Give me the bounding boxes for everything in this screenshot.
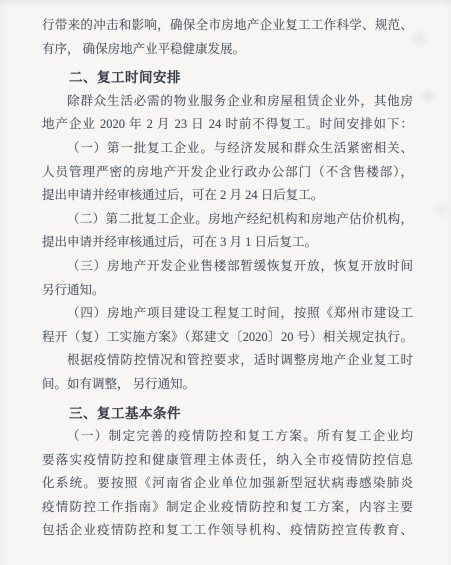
paragraph: 根据疫情防控情况和管控要求，适时调整房地产企业复工时间。如有调整， 另行通知。 <box>42 349 413 396</box>
text-line: 地产企业 2020 年 2 月 23 日 24 时前不得复工。时间安排如下： <box>42 113 413 137</box>
text-line: 除群众生活必需的物业服务企业和房屋租赁企业外，其他房 <box>42 90 413 114</box>
text-line: 间。如有调整， 另行通知。 <box>42 373 413 397</box>
paragraph: 除群众生活必需的物业服务企业和房屋租赁企业外，其他房地产企业 2020 年 2 … <box>42 90 413 137</box>
text-line: 行带来的冲击和影响，确保全市房地产企业复工工作科学、规范、 <box>42 14 413 38</box>
text-line: （四）房地产项目建设工程复工时间，按照《郑州市建设工 <box>42 302 413 326</box>
text-line: （二）第二批复工企业。房地产经纪机构和房地产估价机构， <box>42 208 413 232</box>
text-line: （一）制定完善的疫情防控和复工方案。所有复工企业均 <box>42 425 413 449</box>
text-line: 疫情防控工作指南》制定企业疫情防控和复工方案，内容主要 <box>42 496 413 520</box>
text-line: 提出申请并经审核通过后，可在 3 月 1 日后复工。 <box>42 231 413 255</box>
text-line: 提出申请并经审核通过后，可在 2 月 24 日后复工。 <box>42 184 413 208</box>
text-line: （一）第一批复工企业。与经济发展和群众生活紧密相关、 <box>42 137 413 161</box>
text-line: 包括企业疫情防控和复工工作领导机构、疫情防控宣传教育、 <box>42 519 413 543</box>
text-line: 要落实疫情防控和健康管理主体责任，纳入全市疫情防控信息 <box>42 449 413 473</box>
paragraph: （四）房地产项目建设工程复工时间，按照《郑州市建设工程开（复）工实施方案》（郑建… <box>42 302 413 349</box>
section-heading: 三、复工基本条件 <box>42 402 413 426</box>
paragraph: （一）制定完善的疫情防控和复工方案。所有复工企业均要落实疫情防控和健康管理主体责… <box>42 425 413 543</box>
text-line: 人员管理严密的房地产开发企业行政办公部门（不含售楼部）， <box>42 161 413 185</box>
document-body: 行带来的冲击和影响，确保全市房地产企业复工工作科学、规范、有序， 确保房地产业平… <box>42 14 413 543</box>
heading-text: 二、复工时间安排 <box>42 66 413 90</box>
paragraph: （三）房地产开发企业售楼部暂缓恢复开放，恢复开放时间另行通知。 <box>42 255 413 302</box>
paragraph: （一）第一批复工企业。与经济发展和群众生活紧密相关、人员管理严密的房地产开发企业… <box>42 137 413 208</box>
text-line: 程开（复）工实施方案》（郑建文〔2020〕20 号）相关规定执行。 <box>42 326 413 350</box>
text-line: （三）房地产开发企业售楼部暂缓恢复开放，恢复开放时间 <box>42 255 413 279</box>
text-line: 化系统。要按照《河南省企业单位加强新型冠状病毒感染肺炎 <box>42 472 413 496</box>
text-line: 有序， 确保房地产业平稳健康发展。 <box>42 38 413 62</box>
paragraph: （二）第二批复工企业。房地产经纪机构和房地产估价机构，提出申请并经审核通过后，可… <box>42 208 413 255</box>
text-line: 另行通知。 <box>42 279 413 303</box>
section-heading: 二、复工时间安排 <box>42 66 413 90</box>
text-line: 根据疫情防控情况和管控要求，适时调整房地产企业复工时 <box>42 349 413 373</box>
document-page: 行带来的冲击和影响，确保全市房地产企业复工工作科学、规范、有序， 确保房地产业平… <box>0 0 451 565</box>
heading-text: 三、复工基本条件 <box>42 402 413 426</box>
paragraph: 行带来的冲击和影响，确保全市房地产企业复工工作科学、规范、有序， 确保房地产业平… <box>42 14 413 61</box>
